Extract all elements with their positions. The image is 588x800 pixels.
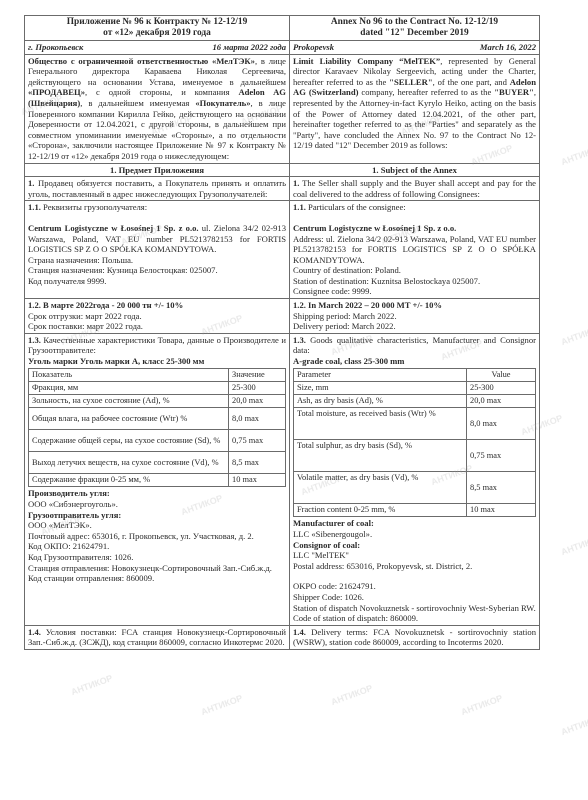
spec-parameter: Volatile matter, as dry basis (Vd), % bbox=[294, 472, 467, 504]
en-title: Annex No 96 to the Contract No. 12-12/19… bbox=[290, 16, 540, 41]
spec-value: 0,75 max bbox=[229, 430, 286, 452]
ru-place-date: г. Прокопьевск 16 марта 2022 года bbox=[25, 41, 290, 55]
ru-consignee-name: Centrum Logistyczne w Łosośnej 1 Sp. z o… bbox=[28, 223, 199, 233]
spec-parameter: Содержание фракции 0-25 мм, % bbox=[29, 474, 229, 487]
en-manufacturer-label: Manufacturer of coal: bbox=[293, 518, 374, 528]
spec-row: Фракция, мм25-300 bbox=[29, 381, 286, 394]
spec-value: 8,0 max bbox=[229, 408, 286, 430]
ru-destination-country: Страна назначения: Польша. bbox=[28, 255, 286, 266]
ru-clause-1-3: 1.3. Качественные характеристики Товара,… bbox=[25, 333, 290, 625]
ru-seller-company: Общество с ограниченной ответственностью… bbox=[28, 56, 255, 66]
ru-preamble-text3: , в дальнейшем именуемая bbox=[80, 98, 195, 108]
spec-row: Fraction content 0-25 mm, %10 max bbox=[294, 504, 536, 517]
ru-clause-1-2: 1.2. В марте 2022года - 20 000 тн +/- 10… bbox=[25, 299, 290, 334]
ru-clause-1-4-text: Условия поставки: FCA станция Новокузнец… bbox=[28, 627, 286, 648]
en-preamble-text2: , of the one part, and bbox=[433, 77, 510, 87]
en-coal-grade: A-grade coal, class 25-300 mm bbox=[293, 356, 404, 366]
en-city: Prokopevsk bbox=[293, 42, 334, 53]
en-consignee-code: Consignee code: 9999. bbox=[293, 286, 536, 297]
en-clause-1-2: 1.2. In March 2022 – 20 000 MT +/- 10% S… bbox=[290, 299, 540, 334]
spec-value: 20,0 max bbox=[229, 395, 286, 408]
en-delivery-period: Delivery period: March 2022. bbox=[293, 321, 536, 332]
en-title-line1: Annex No 96 to the Contract No. 12-12/19 bbox=[293, 17, 536, 28]
bilingual-annex-table: Приложение № 96 к Контракту № 12-12/19 о… bbox=[24, 15, 540, 650]
en-consignor-label: Consignor of coal: bbox=[293, 540, 360, 550]
en-dispatch-station-code: Code of station of dispatch: 860009. bbox=[293, 613, 536, 624]
spec-header-parameter: Показатель bbox=[29, 368, 229, 381]
ru-manufacturer-label: Производитель угля: bbox=[28, 488, 110, 498]
spec-parameter: Выход летучих веществ, на сухое состояни… bbox=[29, 452, 229, 474]
spec-value: 10 max bbox=[467, 504, 536, 517]
ru-clause-1-1-number: 1.1. bbox=[28, 202, 41, 212]
spec-parameter: Total sulphur, as dry basis (Sd), % bbox=[294, 440, 467, 472]
en-destination-station: Station of destination: Kuznitsa Belosto… bbox=[293, 276, 536, 287]
watermark-text: АНТИКОР bbox=[560, 533, 588, 557]
en-destination-country: Country of destination: Poland. bbox=[293, 265, 536, 276]
ru-consignor-address: Почтовый адрес: 653016, г. Прокопьевск, … bbox=[28, 531, 286, 542]
watermark-text: АНТИКОР bbox=[70, 673, 114, 697]
ru-clause-1-4-number: 1.4. bbox=[28, 627, 41, 637]
en-buyer-label: "BUYER" bbox=[494, 87, 534, 97]
ru-consignee-code: Код получателя 9999. bbox=[28, 276, 286, 287]
en-spec-table: ParameterValueSize, mm25-300Ash, as dry … bbox=[293, 368, 536, 518]
watermark-text: АНТИКОР bbox=[330, 683, 374, 707]
en-clause-1-1: 1.1. Particulars of the consignee: Centr… bbox=[290, 201, 540, 299]
ru-preamble: Общество с ограниченной ответственностью… bbox=[25, 54, 290, 163]
en-place-date: Prokopevsk March 16, 2022 bbox=[290, 41, 540, 55]
en-dispatch-station: Station of dispatch Novokuznetsk - sorti… bbox=[293, 603, 536, 614]
spec-value: 0,75 max bbox=[467, 440, 536, 472]
spec-row: Total moisture, as received basis (Wtr) … bbox=[294, 408, 536, 440]
ru-clause-1-4: 1.4. Условия поставки: FCA станция Новок… bbox=[25, 625, 290, 649]
ru-delivery-period: Срок поставки: март 2022 года. bbox=[28, 321, 286, 332]
spec-value: 8,5 max bbox=[229, 452, 286, 474]
ru-dispatch-station-code: Код станции отправления: 860009. bbox=[28, 573, 286, 584]
ru-spec-header: ПоказательЗначение bbox=[29, 368, 286, 381]
ru-buyer-label: «Покупатель» bbox=[195, 98, 250, 108]
ru-title-line1: Приложение № 96 к Контракту № 12-12/19 bbox=[28, 17, 286, 28]
en-consignee-address: Address: ul. Zielona 34/2 02-913 Warszaw… bbox=[293, 234, 536, 266]
spec-parameter: Ash, as dry basis (Ad), % bbox=[294, 395, 467, 408]
ru-clause-1-1: 1.1. Реквизиты грузополучателя: Centrum … bbox=[25, 201, 290, 299]
spec-row: Содержание общей серы, на сухое состояни… bbox=[29, 430, 286, 452]
spec-parameter: Size, mm bbox=[294, 381, 467, 394]
spec-parameter: Фракция, мм bbox=[29, 381, 229, 394]
clause-1-row: 1. Продавец обязуется поставить, а Покуп… bbox=[25, 177, 540, 201]
title-row: Приложение № 96 к Контракту № 12-12/19 о… bbox=[25, 16, 540, 41]
en-clause-1-1-number: 1.1. bbox=[293, 202, 306, 212]
ru-manufacturer: ООО «Сибэнергоуголь». bbox=[28, 499, 286, 510]
ru-title-line2: от «12» декабря 2019 года bbox=[28, 28, 286, 39]
clause-1-4-row: 1.4. Условия поставки: FCA станция Новок… bbox=[25, 625, 540, 649]
spec-value: 8,5 max bbox=[467, 472, 536, 504]
ru-dispatch-station: Станция отправления: Новокузнецк-Сортиро… bbox=[28, 563, 286, 574]
place-date-row: г. Прокопьевск 16 марта 2022 года Prokop… bbox=[25, 41, 540, 55]
en-seller-company: Limit Liability Company “MelTEK” bbox=[293, 56, 440, 66]
spec-header-parameter: Parameter bbox=[294, 368, 467, 381]
ru-date: 16 марта 2022 года bbox=[213, 42, 287, 53]
en-shipper-code: Shipper Code: 1026. bbox=[293, 592, 536, 603]
ru-preamble-text2: , с одной стороны, и компания bbox=[85, 87, 238, 97]
en-clause-1-1-text: Particulars of the consignee: bbox=[306, 202, 406, 212]
spec-parameter: Содержание общей серы, на сухое состояни… bbox=[29, 430, 229, 452]
en-preamble: Limit Liability Company “MelTEK”, repres… bbox=[290, 54, 540, 163]
spec-parameter: Fraction content 0-25 mm, % bbox=[294, 504, 467, 517]
spec-row: Volatile matter, as dry basis (Vd), %8,5… bbox=[294, 472, 536, 504]
spec-header-value: Значение bbox=[229, 368, 286, 381]
en-clause-1-3-text: Goods qualitative characteristics, Manuf… bbox=[293, 335, 536, 356]
watermark-text: АНТИКОР bbox=[560, 143, 588, 167]
ru-clause-1-3-text: Качественные характеристики Товара, данн… bbox=[28, 335, 286, 356]
en-shipping-period: Shipping period: March 2022. bbox=[293, 311, 536, 322]
ru-shipping-period: Срок отгрузки: март 2022 года. bbox=[28, 311, 286, 322]
spec-parameter: Зольность, на сухое состояние (Ad), % bbox=[29, 395, 229, 408]
clause-1-1-row: 1.1. Реквизиты грузополучателя: Centrum … bbox=[25, 201, 540, 299]
annex-document: Приложение № 96 к Контракту № 12-12/19 о… bbox=[24, 15, 540, 650]
ru-volume: 1.2. В марте 2022года - 20 000 тн +/- 10… bbox=[28, 300, 183, 310]
section1-title-row: 1. Предмет Приложения 1. Subject of the … bbox=[25, 163, 540, 177]
en-consignor: LLC "MelTEK" bbox=[293, 550, 536, 561]
ru-section1-title: 1. Предмет Приложения bbox=[25, 163, 290, 177]
ru-title: Приложение № 96 к Контракту № 12-12/19 о… bbox=[25, 16, 290, 41]
en-okpo-code: OKPO code: 21624791. bbox=[293, 581, 536, 592]
spec-row: Зольность, на сухое состояние (Ad), %20,… bbox=[29, 395, 286, 408]
ru-shipper-code: Код Грузоотправителя: 1026. bbox=[28, 552, 286, 563]
ru-coal-grade: Уголь марки Уголь марки А, класс 25-300 … bbox=[28, 356, 204, 366]
spec-value: 10 max bbox=[229, 474, 286, 487]
spec-value: 25-300 bbox=[229, 381, 286, 394]
ru-consignor-label: Грузоотправитель угля: bbox=[28, 510, 121, 520]
spec-value: 25-300 bbox=[467, 381, 536, 394]
watermark-text: АНТИКОР bbox=[560, 713, 588, 737]
spec-parameter: Total moisture, as received basis (Wtr) … bbox=[294, 408, 467, 440]
ru-spec-table: ПоказательЗначениеФракция, мм25-300Зольн… bbox=[28, 368, 286, 488]
en-title-line2: dated "12" December 2019 bbox=[293, 28, 536, 39]
ru-okpo-code: Код ОКПО: 21624791. bbox=[28, 541, 286, 552]
ru-city: г. Прокопьевск bbox=[28, 42, 83, 53]
spec-row: Size, mm25-300 bbox=[294, 381, 536, 394]
spec-parameter: Общая влага, на рабочее состояние (Wtr) … bbox=[29, 408, 229, 430]
spec-row: Ash, as dry basis (Ad), %20,0 max bbox=[294, 395, 536, 408]
en-volume: 1.2. In March 2022 – 20 000 MT +/- 10% bbox=[293, 300, 442, 310]
ru-consignor: ООО «МелТЭК». bbox=[28, 520, 286, 531]
watermark-text: АНТИКОР bbox=[560, 323, 588, 347]
spec-row: Содержание фракции 0-25 мм, %10 max bbox=[29, 474, 286, 487]
en-section1-title: 1. Subject of the Annex bbox=[290, 163, 540, 177]
en-manufacturer: LLC «Sibenergougol». bbox=[293, 529, 536, 540]
ru-clause-1-1-text: Реквизиты грузополучателя: bbox=[41, 202, 147, 212]
en-consignee-name: Centrum Logistyczne w Łosośnej 1 Sp. z o… bbox=[293, 223, 456, 233]
en-preamble-text3: company, hereafter referred to as the bbox=[358, 87, 494, 97]
ru-seller-label: «ПРОДАВЕЦ» bbox=[28, 87, 85, 97]
en-clause-1-3: 1.3. Goods qualitative characteristics, … bbox=[290, 333, 540, 625]
ru-clause-1-text: Продавец обязуется поставить, а Покупате… bbox=[28, 178, 286, 199]
spec-row: Общая влага, на рабочее состояние (Wtr) … bbox=[29, 408, 286, 430]
preamble-row: Общество с ограниченной ответственностью… bbox=[25, 54, 540, 163]
clause-1-2-row: 1.2. В марте 2022года - 20 000 тн +/- 10… bbox=[25, 299, 540, 334]
en-consignor-address: Postal address: 653016, Prokopyevsk, st.… bbox=[293, 561, 536, 572]
ru-destination-station: Станция назначения: Кузница Белостоцкая:… bbox=[28, 265, 286, 276]
ru-clause-1-3-number: 1.3. bbox=[28, 335, 41, 345]
en-clause-1-4-text: Delivery terms: FCA Novokuznetsk - sorti… bbox=[293, 627, 536, 648]
en-clause-1-4: 1.4. Delivery terms: FCA Novokuznetsk - … bbox=[290, 625, 540, 649]
en-clause-1-text: The Seller shall supply and the Buyer sh… bbox=[293, 178, 536, 199]
spec-value: 8,0 max bbox=[467, 408, 536, 440]
spec-row: Total sulphur, as dry basis (Sd), %0,75 … bbox=[294, 440, 536, 472]
en-date: March 16, 2022 bbox=[480, 42, 536, 53]
spec-row: Выход летучих веществ, на сухое состояни… bbox=[29, 452, 286, 474]
en-clause-1-3-number: 1.3. bbox=[293, 335, 306, 345]
spec-value: 20,0 max bbox=[467, 395, 536, 408]
ru-clause-1: 1. Продавец обязуется поставить, а Покуп… bbox=[25, 177, 290, 201]
en-clause-1-4-number: 1.4. bbox=[293, 627, 306, 637]
watermark-text: АНТИКОР bbox=[200, 693, 244, 717]
spec-header-value: Value bbox=[467, 368, 536, 381]
en-seller-label: "SELLER" bbox=[389, 77, 432, 87]
watermark-text: АНТИКОР bbox=[460, 693, 504, 717]
en-spec-header: ParameterValue bbox=[294, 368, 536, 381]
clause-1-3-row: 1.3. Качественные характеристики Товара,… bbox=[25, 333, 540, 625]
en-clause-1: 1. The Seller shall supply and the Buyer… bbox=[290, 177, 540, 201]
